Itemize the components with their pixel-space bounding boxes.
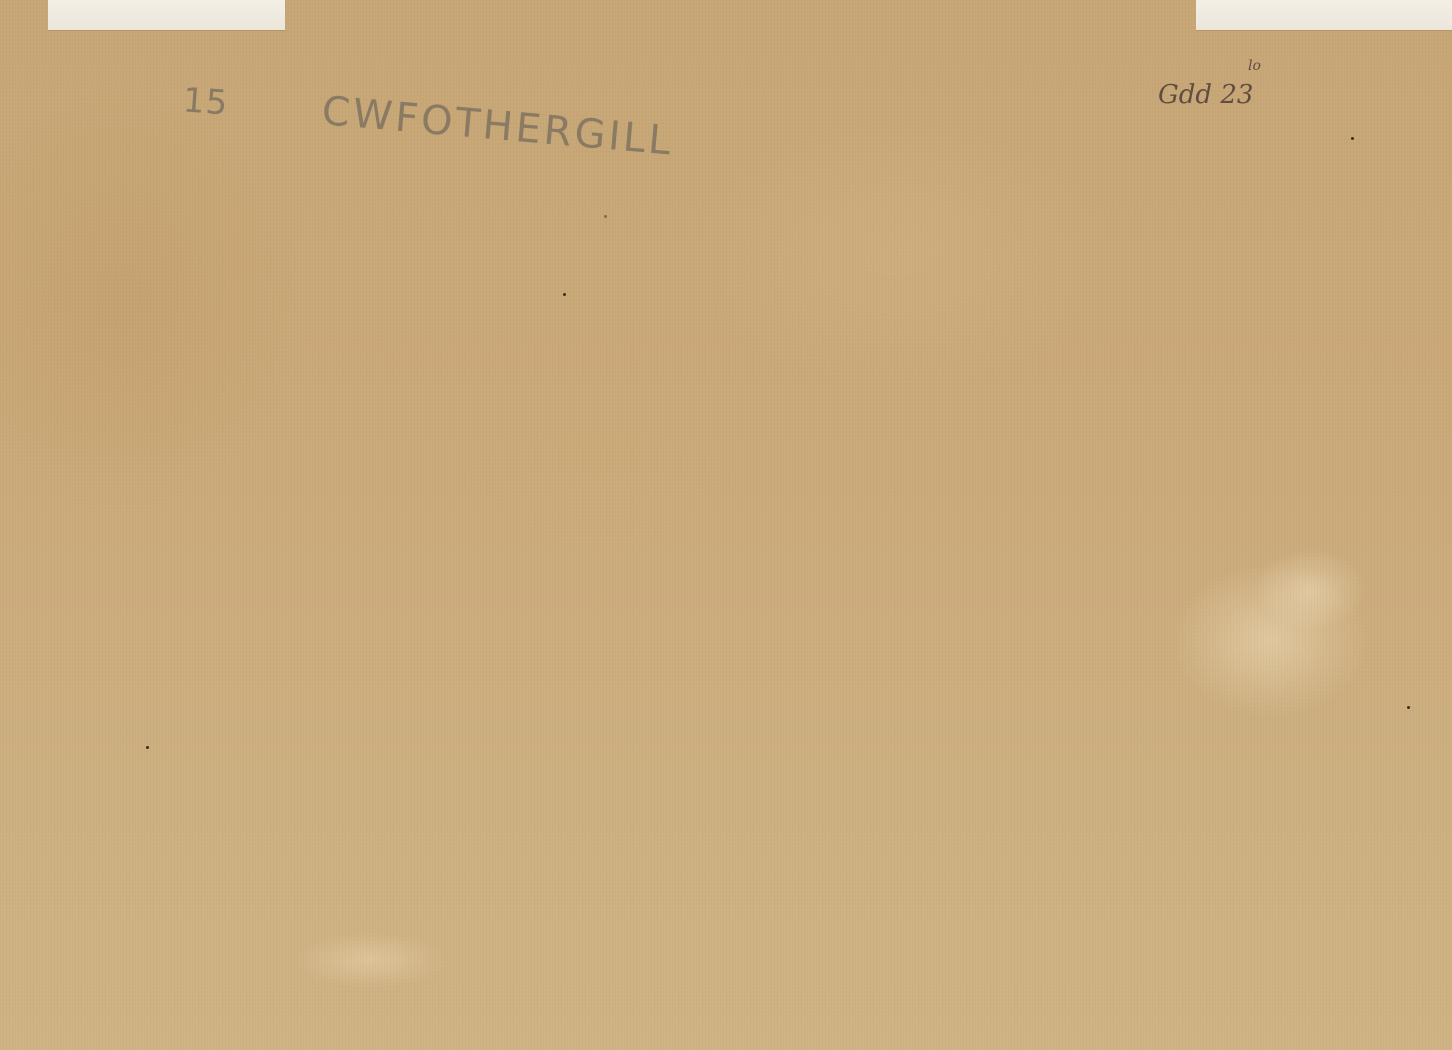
reference-superscript: lo xyxy=(1248,58,1261,74)
mounting-tab-right xyxy=(1196,0,1452,30)
paper-texture xyxy=(0,0,1452,1050)
speck xyxy=(563,293,566,296)
reference-inscription: Gdd 23 xyxy=(1158,80,1253,110)
pencil-number: 15 xyxy=(182,80,230,123)
speck xyxy=(1351,137,1354,140)
speck xyxy=(146,746,149,749)
mounting-tab-left xyxy=(48,0,285,30)
speck xyxy=(1407,706,1410,709)
speck xyxy=(604,215,607,218)
